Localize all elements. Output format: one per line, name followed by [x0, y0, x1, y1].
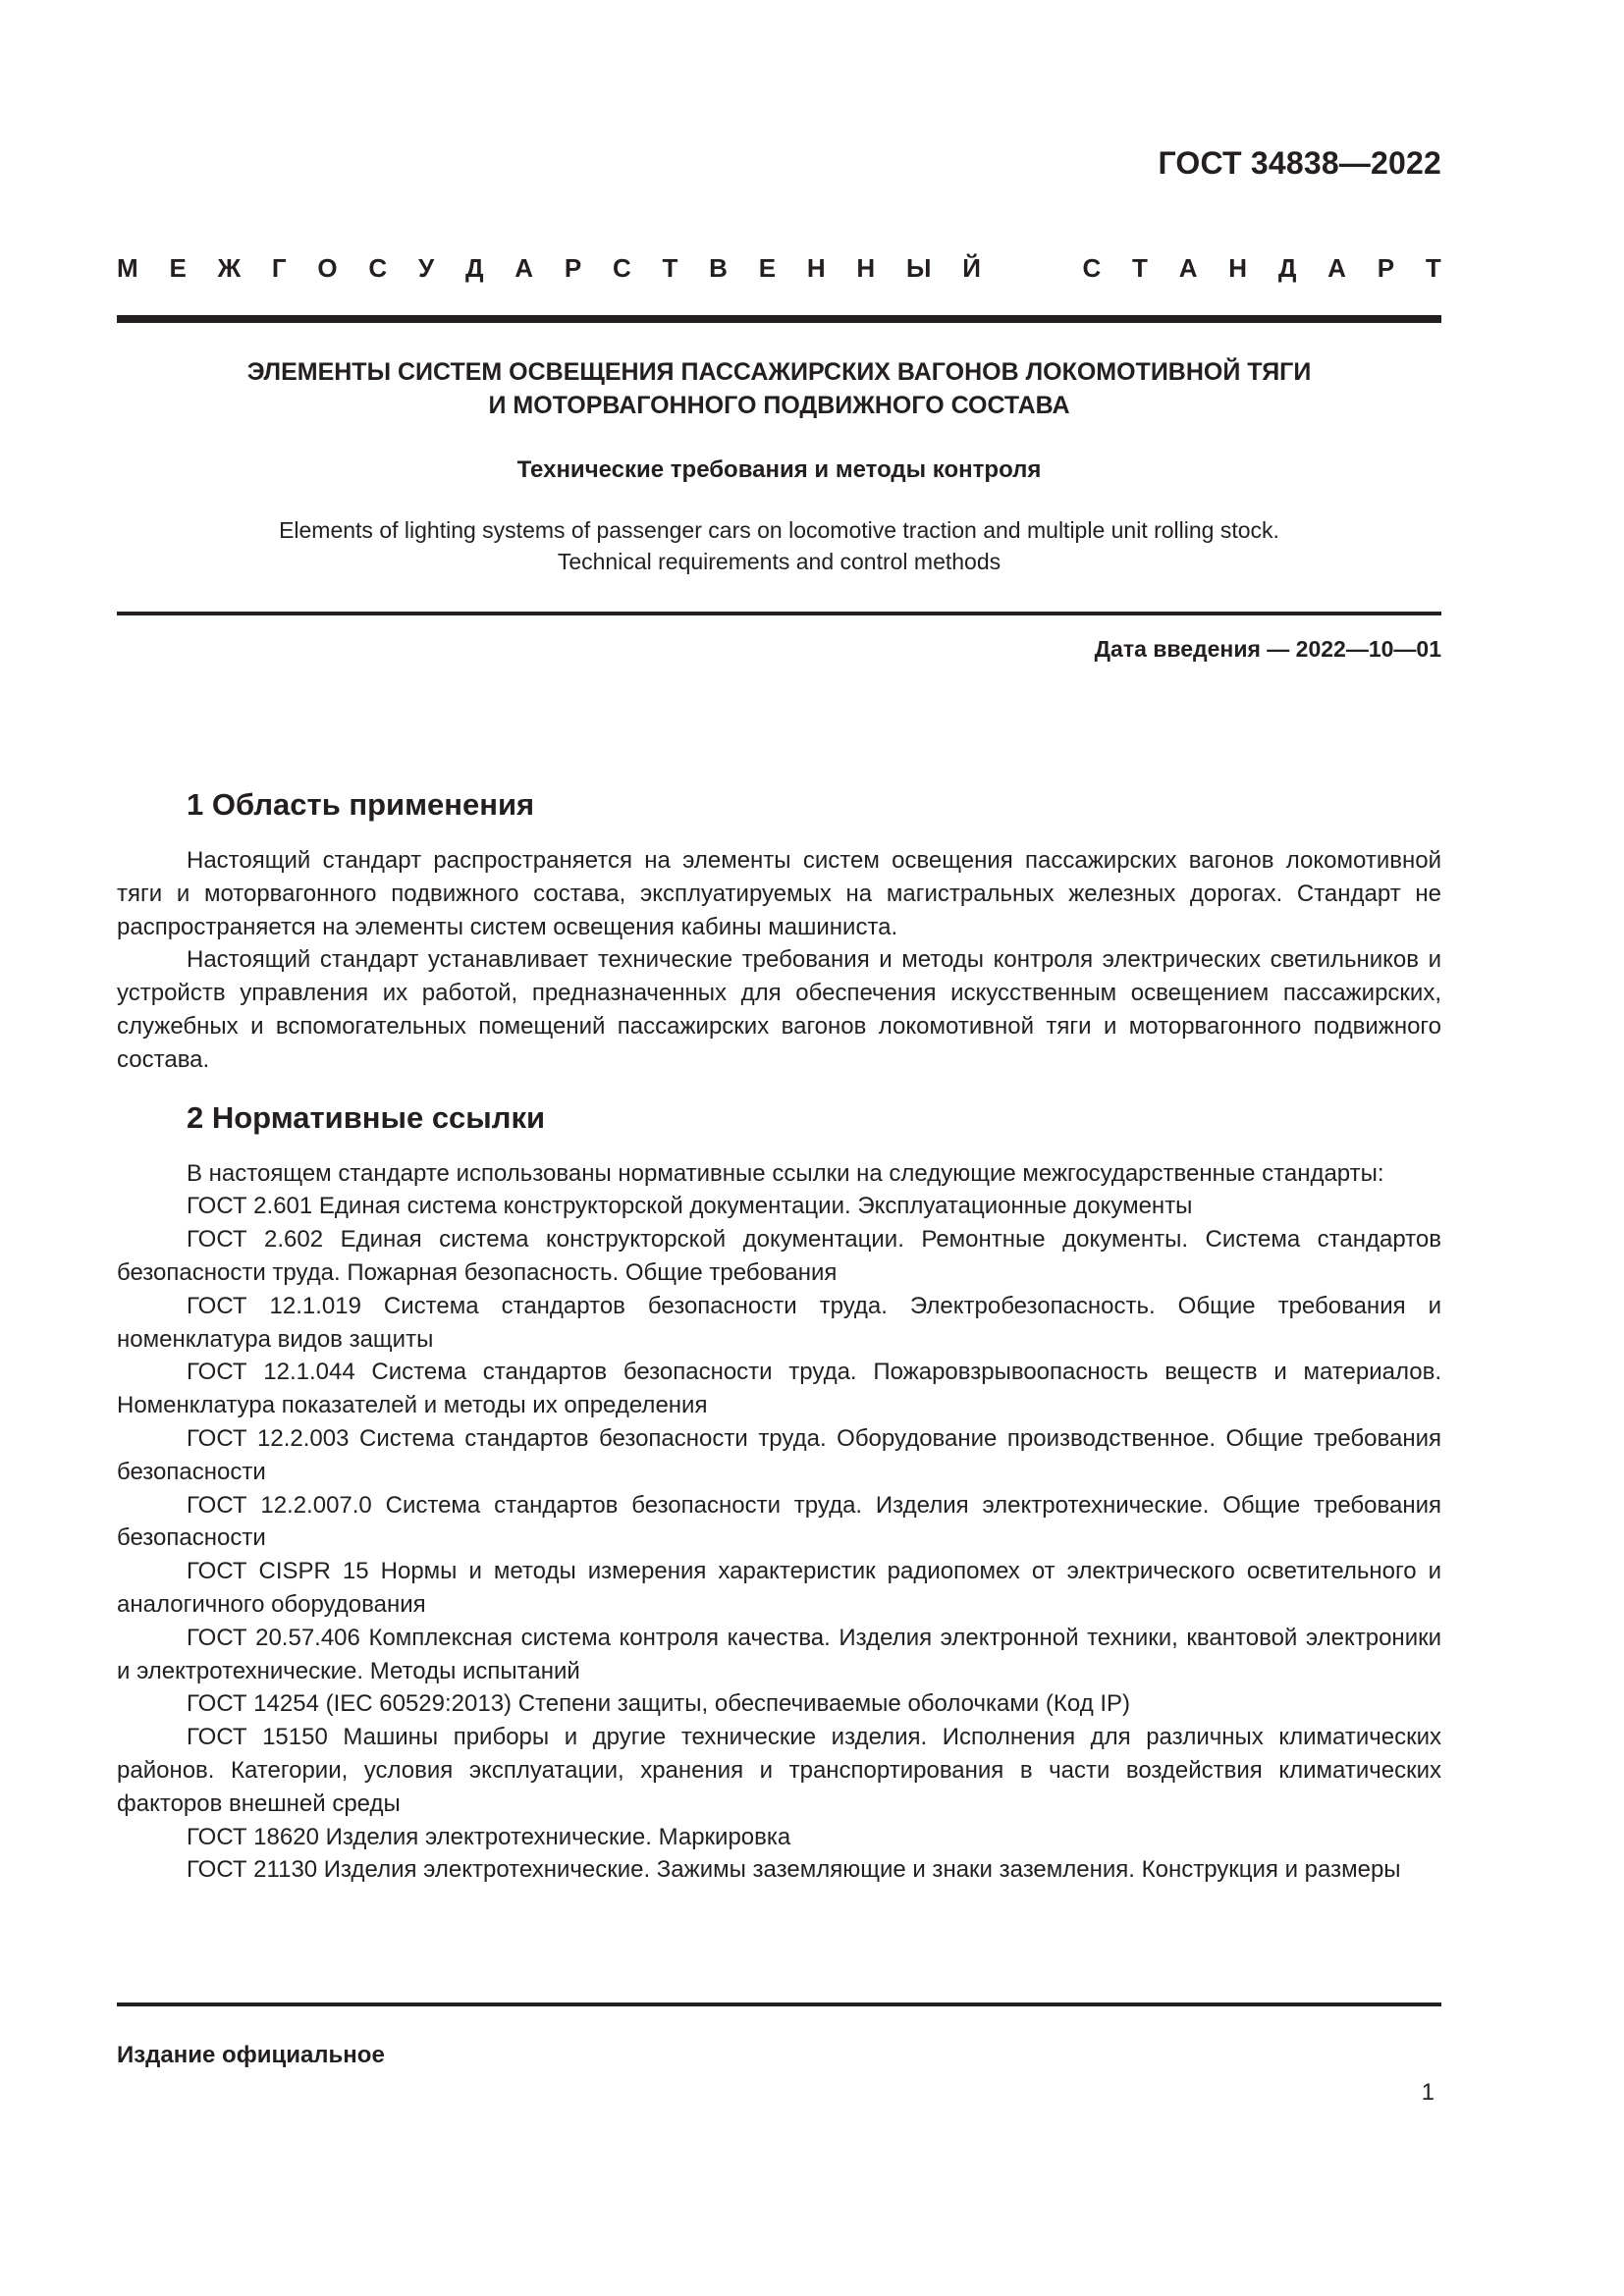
- reference-item: ГОСТ 12.1.044 Система стандартов безопас…: [117, 1356, 1441, 1422]
- footer-rule: [117, 2002, 1441, 2006]
- letter: Ы: [906, 253, 931, 284]
- section-heading: 1 Область применения: [187, 785, 1441, 825]
- document-title-ru: ЭЛЕМЕНТЫ СИСТЕМ ОСВЕЩЕНИЯ ПАССАЖИРСКИХ В…: [117, 355, 1441, 422]
- title-ru-line-1: ЭЛЕМЕНТЫ СИСТЕМ ОСВЕЩЕНИЯ ПАССАЖИРСКИХ В…: [117, 355, 1441, 389]
- document-subtitle-ru: Технические требования и методы контроля: [117, 454, 1441, 487]
- section-heading: 2 Нормативные ссылки: [187, 1098, 1441, 1138]
- reference-item: ГОСТ 2.601 Единая система конструкторско…: [117, 1190, 1441, 1223]
- word-gap: [1012, 253, 1052, 284]
- title-en-line-1: Elements of lighting systems of passenge…: [117, 514, 1441, 546]
- paragraph: В настоящем стандарте использованы норма…: [117, 1157, 1441, 1191]
- document-body: 1 Область применения Настоящий стандарт …: [117, 785, 1441, 1887]
- letter: Н: [856, 253, 875, 284]
- standard-type-label: МЕЖГОСУДАРСТВЕННЫЙСТАНДАРТ: [117, 253, 1441, 284]
- section-paragraphs: Настоящий стандарт распространяется на э…: [117, 844, 1441, 1077]
- header-rule: [117, 315, 1441, 323]
- letter: М: [117, 253, 138, 284]
- title-rule: [117, 612, 1441, 615]
- letter: Д: [1278, 253, 1297, 284]
- reference-item: ГОСТ 12.1.019 Система стандартов безопас…: [117, 1290, 1441, 1357]
- letter: Н: [807, 253, 826, 284]
- reference-item: ГОСТ 14254 (IEC 60529:2013) Степени защи…: [117, 1687, 1441, 1721]
- letter: Г: [272, 253, 287, 284]
- paragraph: Настоящий стандарт распространяется на э…: [117, 844, 1441, 943]
- title-ru-line-2: И МОТОРВАГОННОГО ПОДВИЖНОГО СОСТАВА: [117, 389, 1441, 422]
- reference-item: ГОСТ 21130 Изделия электротехнические. З…: [117, 1853, 1441, 1887]
- letter: Д: [465, 253, 484, 284]
- paragraph: Настоящий стандарт устанавливает техниче…: [117, 943, 1441, 1076]
- letter: Р: [1378, 253, 1394, 284]
- letter: С: [1082, 253, 1101, 284]
- letter: С: [613, 253, 631, 284]
- letter: Й: [962, 253, 981, 284]
- letter: О: [317, 253, 337, 284]
- reference-item: ГОСТ 2.602 Единая система конструкторско…: [117, 1223, 1441, 1290]
- title-en-line-2: Technical requirements and control metho…: [117, 546, 1441, 577]
- reference-item: ГОСТ 12.2.003 Система стандартов безопас…: [117, 1422, 1441, 1489]
- reference-item: ГОСТ 15150 Машины приборы и другие техни…: [117, 1721, 1441, 1820]
- letter: А: [514, 253, 533, 284]
- letter: Е: [169, 253, 186, 284]
- letter: Е: [759, 253, 776, 284]
- introduction-date: Дата введения — 2022—10—01: [1095, 636, 1441, 663]
- letter: Р: [565, 253, 581, 284]
- section-paragraphs: В настоящем стандарте использованы норма…: [117, 1157, 1441, 1888]
- document-title-en: Elements of lighting systems of passenge…: [117, 514, 1441, 577]
- reference-item: ГОСТ 20.57.406 Комплексная система контр…: [117, 1622, 1441, 1688]
- letter: Т: [663, 253, 678, 284]
- reference-item: ГОСТ 18620 Изделия электротехнические. М…: [117, 1821, 1441, 1854]
- letter: Ж: [218, 253, 242, 284]
- reference-item: ГОСТ CISPR 15 Нормы и методы измерения х…: [117, 1555, 1441, 1622]
- section-scope: 1 Область применения Настоящий стандарт …: [117, 785, 1441, 1077]
- section-normative-references: 2 Нормативные ссылки В настоящем стандар…: [117, 1098, 1441, 1888]
- letter: У: [418, 253, 434, 284]
- letter: С: [368, 253, 387, 284]
- letter: Т: [1132, 253, 1148, 284]
- letter: Т: [1426, 253, 1441, 284]
- document-number: ГОСТ 34838—2022: [1158, 145, 1441, 182]
- official-edition-label: Издание официальное: [117, 2042, 385, 2069]
- page-number: 1: [1422, 2079, 1435, 2107]
- letter: В: [709, 253, 728, 284]
- letter: А: [1179, 253, 1198, 284]
- letter: А: [1327, 253, 1346, 284]
- reference-item: ГОСТ 12.2.007.0 Система стандартов безоп…: [117, 1489, 1441, 1556]
- letter: Н: [1228, 253, 1247, 284]
